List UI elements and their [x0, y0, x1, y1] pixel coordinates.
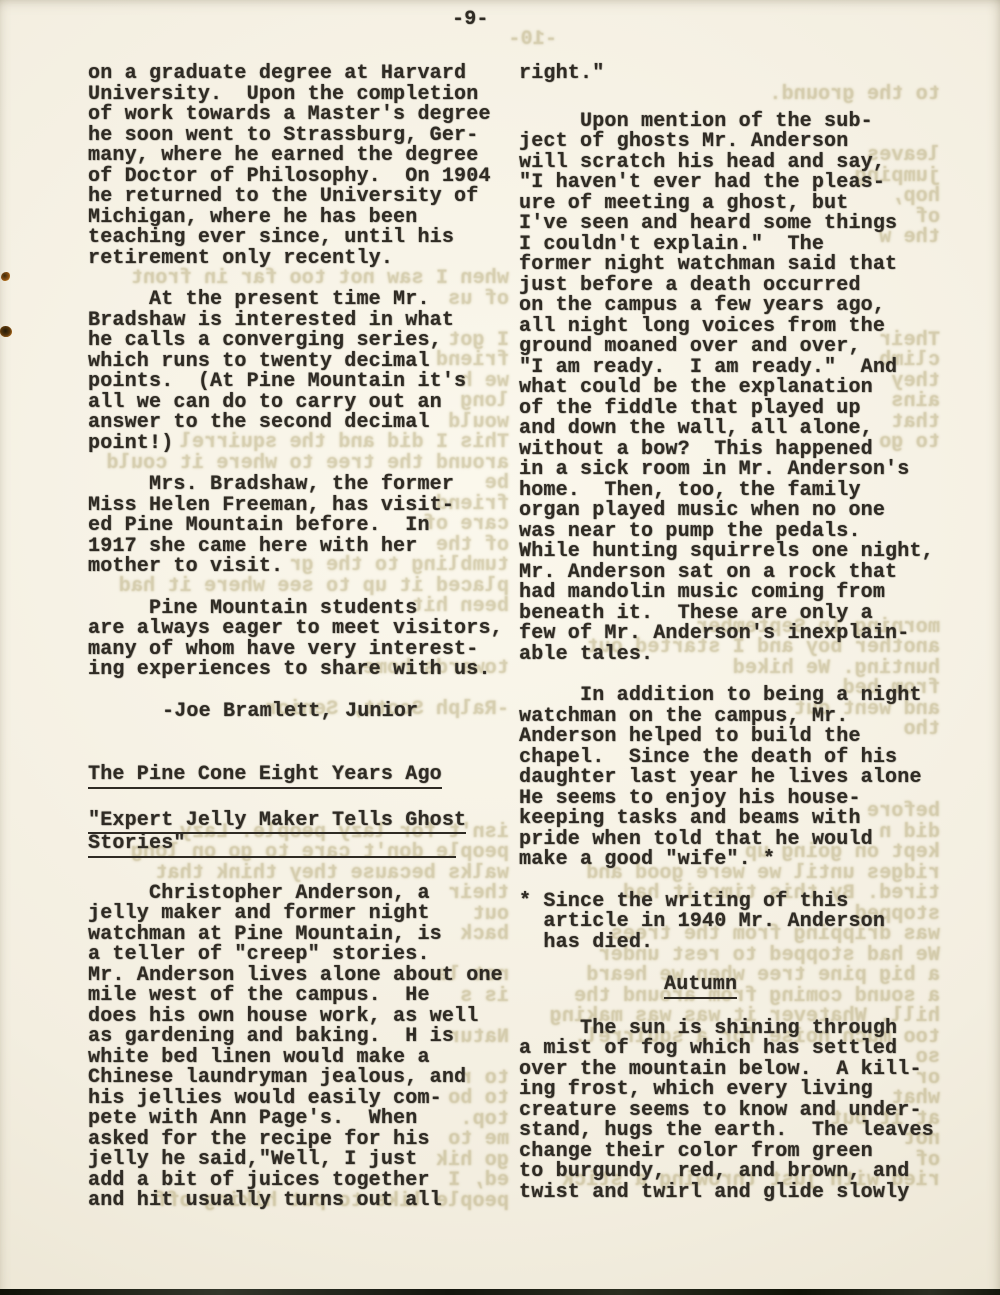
article-title-line2: Stories" [88, 834, 456, 858]
bleed-through-page-number: -10- [497, 30, 557, 51]
text-columns: on a graduate degree at Harvard Universi… [88, 64, 940, 1233]
right-column: right." Upon mention of the sub- ject of… [519, 64, 940, 1233]
paragraph-ghost-stories: Upon mention of the sub- ject of ghosts … [519, 112, 940, 666]
left-column: on a graduate degree at Harvard Universi… [88, 64, 509, 1233]
article-title-line1: "Expert Jelly Maker Tells Ghost [88, 811, 466, 835]
article-title: "Expert Jelly Maker Tells Ghost Stories" [88, 811, 509, 858]
paragraph-students: Pine Mountain students are always eager … [88, 599, 509, 681]
scanned-document-page: -10- when I saw not too far in front of … [0, 0, 1000, 1295]
paragraph-converging-series: At the present time Mr. Bradshaw is inte… [88, 290, 509, 454]
scan-bottom-edge [0, 1289, 1000, 1295]
paragraph-christopher-anderson: Christopher Anderson, a jelly maker and … [88, 884, 509, 1212]
paragraph-bradshaw-degree: on a graduate degree at Harvard Universi… [88, 64, 509, 269]
carryover-line: right." [519, 64, 940, 85]
section-heading-text: The Pine Cone Eight Years Ago [88, 765, 442, 789]
paragraph-chapel: In addition to being a night watchman on… [519, 686, 940, 871]
page-number: -9- [452, 10, 489, 31]
byline-joe-bramlett: -Joe Bramlett, Junior [162, 702, 509, 723]
paragraph-autumn: The sun is shining through a mist of fog… [519, 1019, 940, 1204]
section-heading: The Pine Cone Eight Years Ago [88, 765, 509, 789]
autumn-heading: Autumn [664, 975, 940, 999]
rust-speck-top [1, 272, 10, 281]
autumn-heading-text: Autumn [664, 975, 737, 999]
paragraph-mrs-bradshaw: Mrs. Bradshaw, the former Miss Helen Fre… [88, 475, 509, 578]
footnote-anderson-died: * Since the writing of this article in 1… [519, 892, 940, 954]
rust-speck-bottom [0, 326, 12, 337]
